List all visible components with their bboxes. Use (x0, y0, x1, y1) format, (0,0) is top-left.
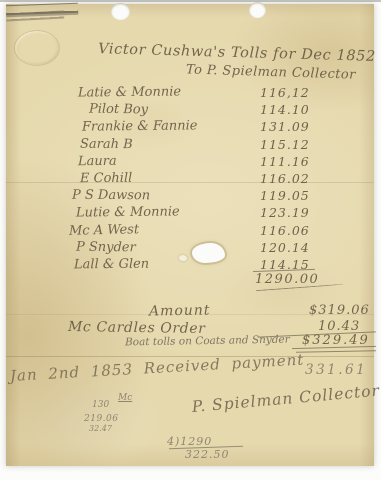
mccardles-order-label: Mc Cardles Order (68, 319, 206, 337)
boat-name: Latie & Monnie (78, 84, 181, 100)
pencil-note-130: 130 (92, 400, 109, 410)
toll-entry-row: Latie & Monnie116,12 (78, 85, 328, 102)
amount-value: $319.06 (309, 303, 370, 318)
total-amount: 1290.00 (255, 272, 319, 287)
toll-amount: 123.19 (260, 205, 310, 220)
boat-name: Sarah B (80, 136, 133, 151)
boat-name: Laura (78, 154, 117, 169)
paper-tear-hole (192, 243, 225, 263)
toll-amount: 114.10 (260, 102, 310, 117)
toll-amount: 116.02 (260, 171, 310, 186)
toll-amount: 116.06 (260, 223, 310, 238)
toll-amount: 111.16 (260, 154, 310, 169)
toll-entry-row: Lutie & Monnie123.19 (78, 205, 328, 222)
pencil-note-mc: Mc (118, 393, 132, 403)
embossed-seal (14, 30, 60, 66)
document-title: Victor Cushwa's Tolls for Dec 1852 (98, 41, 376, 65)
pencil-note-3247: 32.47 (89, 424, 112, 433)
toll-entry-row: E Cohill116.02 (78, 171, 328, 188)
punch-hole-left (111, 3, 130, 20)
boat-tolls-note: Boat tolls on Coats and Snyder (125, 334, 290, 349)
boat-name: E Cohill (80, 171, 132, 187)
boat-name: Pilot Boy (89, 102, 148, 118)
toll-amount: 115.12 (260, 137, 310, 152)
toll-entry-row: Pilot Boy114.10 (78, 102, 328, 119)
toll-amount: 119.05 (260, 188, 310, 203)
punch-hole-right (249, 2, 266, 18)
document-subtitle: To P. Spielman Collector (186, 62, 356, 82)
boat-name: Mc A West (69, 222, 139, 238)
boat-name: Frankie & Fannie (82, 119, 198, 135)
toll-entry-row: Mc A West116.06 (78, 223, 328, 240)
toll-amount: 131.09 (260, 119, 310, 134)
toll-entry-row: Frankie & Fannie131.09 (78, 119, 328, 136)
boat-name: P S Dawson (72, 188, 150, 204)
amount-label: Amount (149, 302, 211, 319)
boat-name: Lutie & Monnie (76, 205, 180, 221)
toll-entry-row: Sarah B115.12 (78, 137, 328, 154)
paper-sheet: Victor Cushwa's Tolls for Dec 1852 To P.… (6, 4, 374, 466)
pencil-note-21906: 219.06 (84, 414, 119, 424)
toll-entry-row: Laura111.16 (78, 154, 328, 171)
subtotal-rule-line (296, 350, 376, 352)
boat-name: P Snyder (76, 239, 136, 255)
grand-total-pencil: 331.61 (305, 362, 367, 378)
boat-name: Lall & Glen (74, 256, 149, 272)
toll-amount: 116,12 (260, 85, 310, 100)
pencil-division-result: 322.50 (185, 448, 230, 461)
paper-tear-spot (179, 255, 187, 261)
scanned-document: Victor Cushwa's Tolls for Dec 1852 To P.… (0, 0, 381, 480)
toll-entry-row: P S Dawson119.05 (78, 188, 328, 205)
collector-signature: P. Spielman Collector (191, 382, 380, 416)
toll-amount: 120.14 (260, 240, 310, 255)
